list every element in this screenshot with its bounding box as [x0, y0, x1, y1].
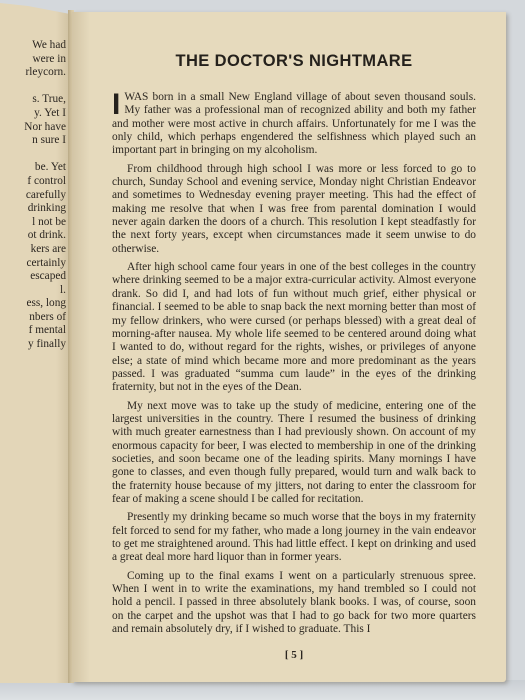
page-inner-shadow — [72, 12, 90, 682]
paragraph: Coming up to the final exams I went on a… — [112, 570, 476, 637]
paragraph: After high school came four years in one… — [112, 261, 476, 394]
paragraph: From childhood through high school I was… — [112, 163, 476, 256]
body-text: I WAS born in a small New England villag… — [112, 91, 476, 641]
page-number: [ 5 ] — [112, 649, 476, 661]
paragraph: My next move was to take up the study of… — [112, 400, 476, 507]
chapter-title: THE DOCTOR'S NIGHTMARE — [112, 52, 476, 71]
right-page: THE DOCTOR'S NIGHTMARE I WAS born in a s… — [72, 12, 506, 682]
paragraph: I WAS born in a small New England villag… — [112, 91, 476, 158]
drop-cap: I — [112, 93, 120, 117]
paragraph: Presently my drinking became so much wor… — [112, 511, 476, 564]
paragraph-text: WAS born in a small New England village … — [112, 91, 476, 156]
left-page: We had were in rleycorn. s. True, y. Yet… — [0, 0, 70, 683]
table-surface — [0, 680, 525, 700]
